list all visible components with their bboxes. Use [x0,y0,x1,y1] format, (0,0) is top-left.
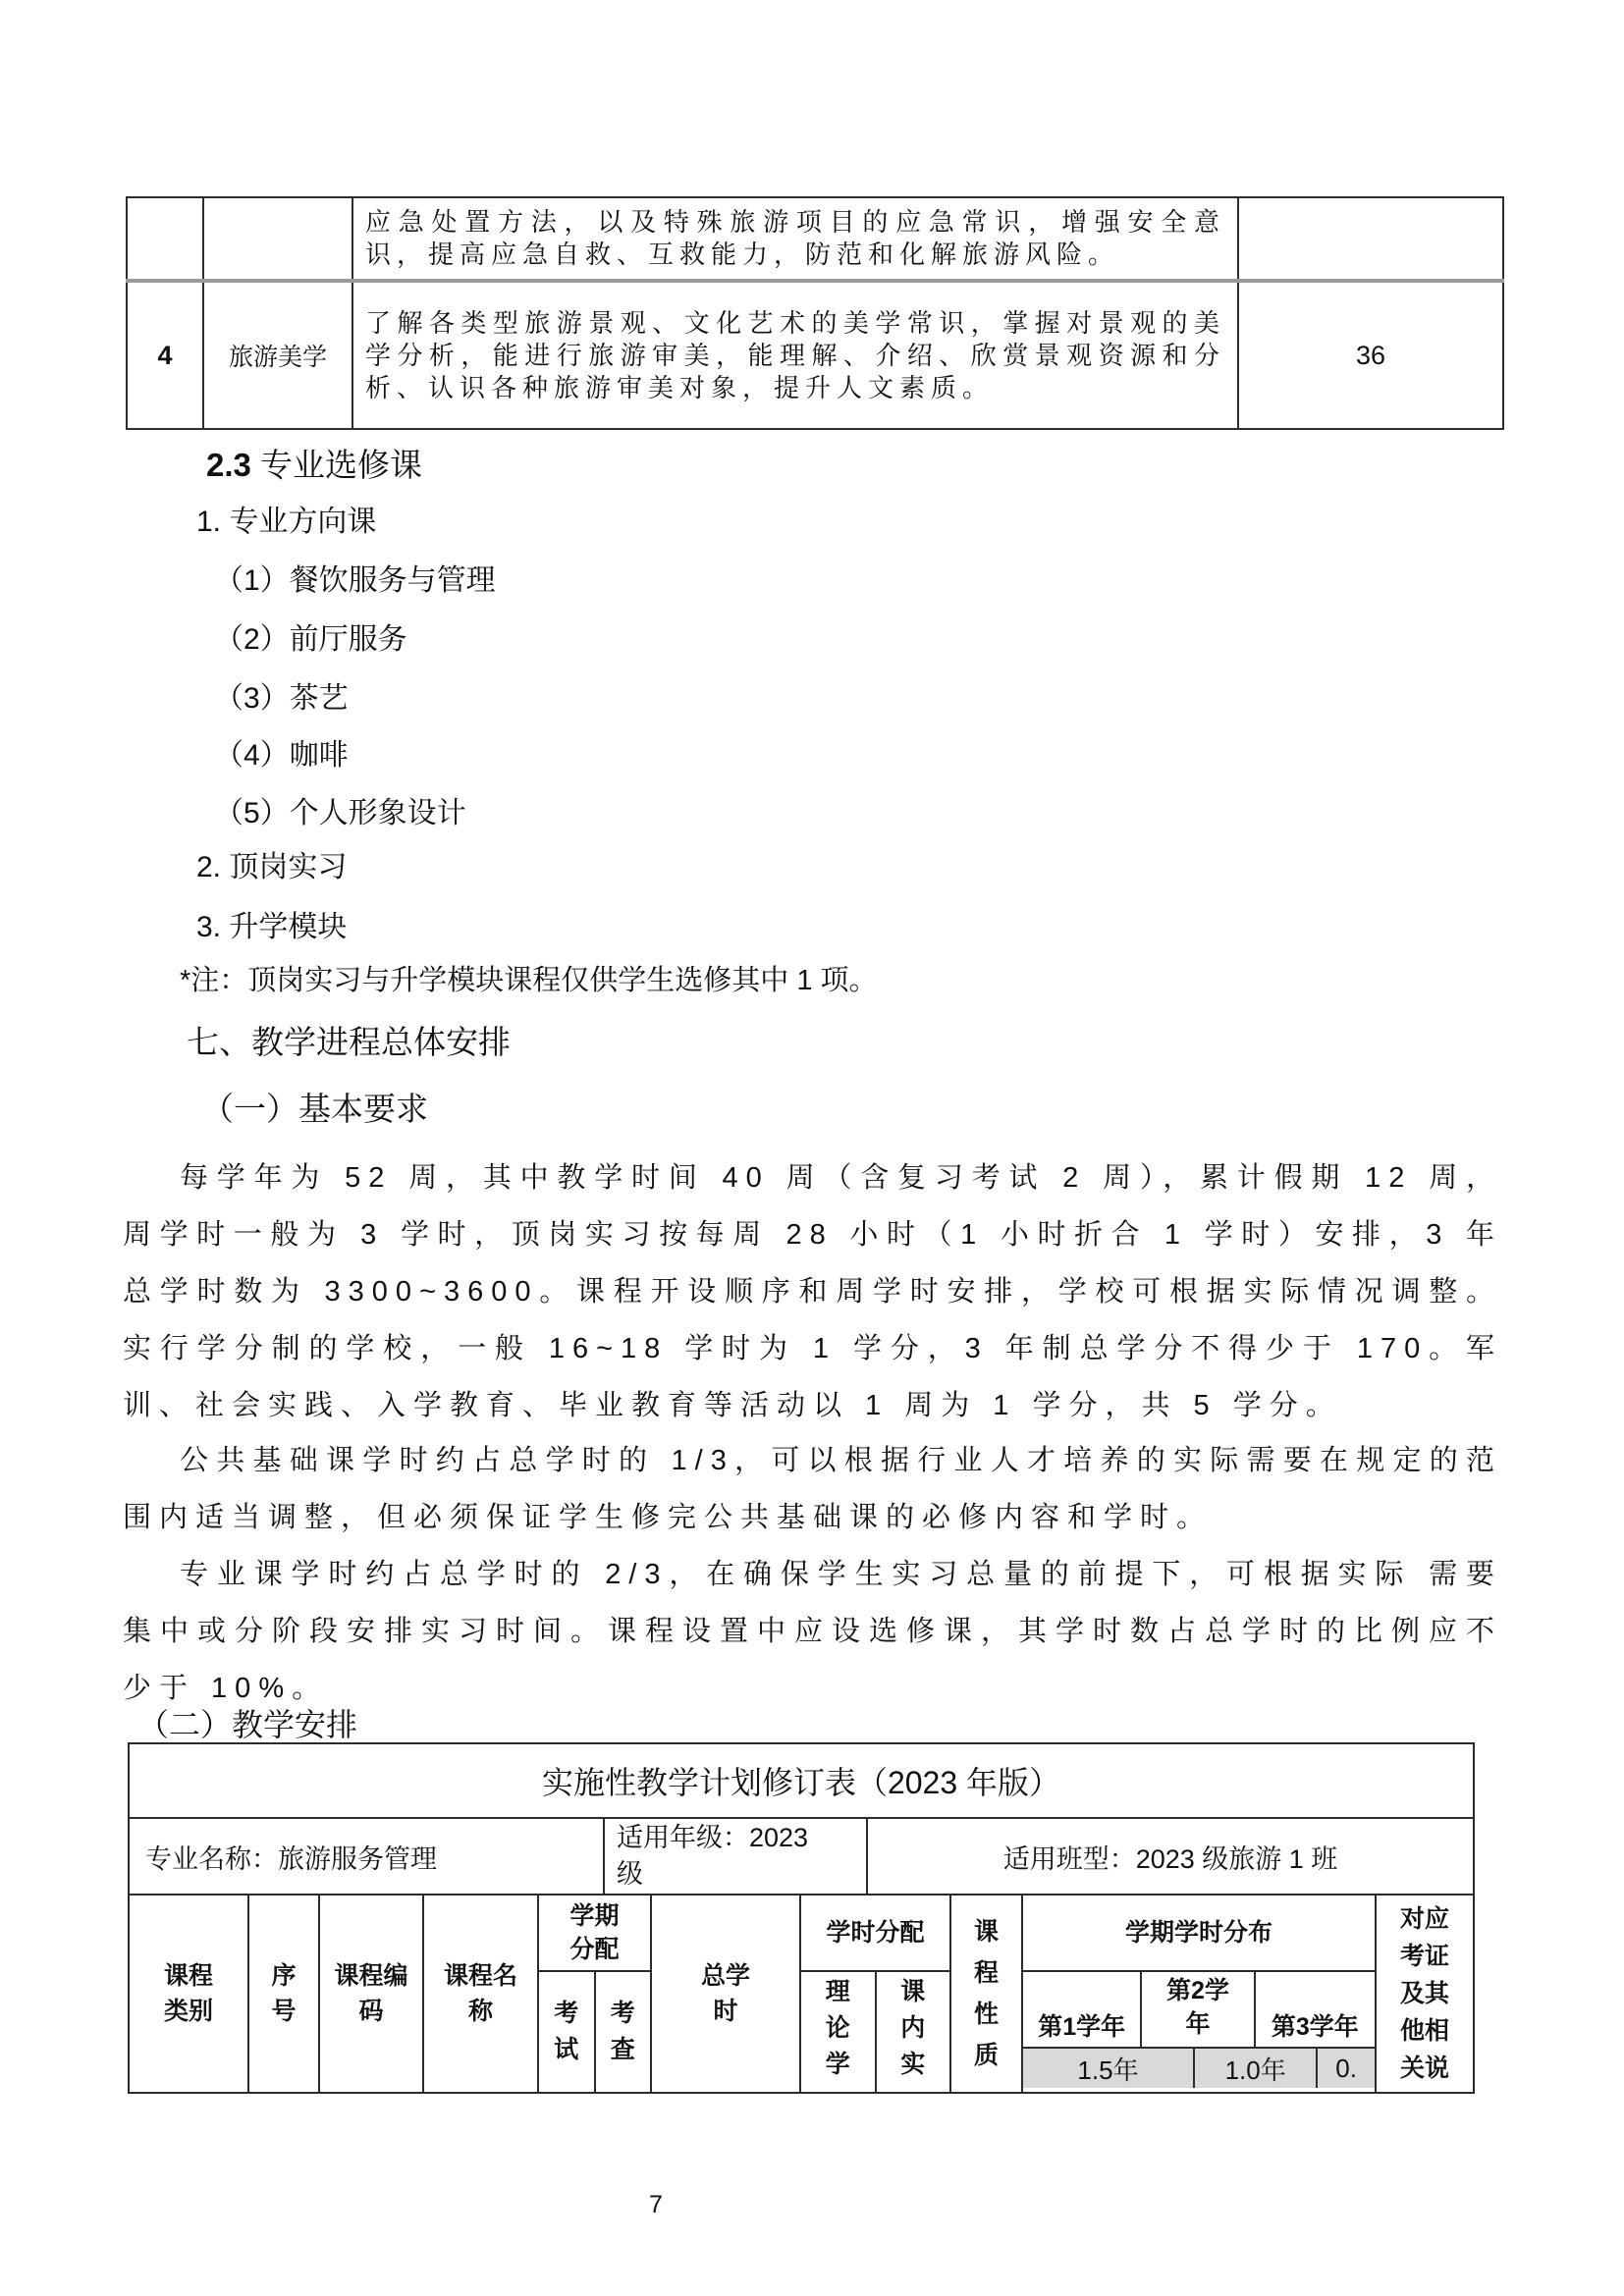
list-item-front-office: （2）前厅服务 [214,614,407,658]
header-semester-alloc-group: 学期 分配 考 试 考 查 [537,1896,650,2092]
list-item-further-study: 3. 升学模块 [196,902,347,945]
list-item-direction-courses: 1. 专业方向课 [196,497,376,540]
header-course-category: 课程 类别 [130,1896,247,2092]
table-row-4: 4 旅游美学 了解各类型旅游景观、文化艺术的美学常识，掌握对景观的美学分析，能进… [127,281,1503,429]
paragraph-school-year: 每学年为 52 周，其中教学时间 40 周（含复习考试 2 周），累计假期 12… [123,1149,1502,1434]
header-semester-alloc: 学期 分配 [539,1896,650,1972]
list-item-catering: （1）餐饮服务与管理 [214,556,496,599]
grade-text: 适用年级：2023 级 [617,1820,828,1893]
header-course-code: 课程编 码 [318,1896,422,2092]
course-name: 旅游美学 [203,281,352,429]
hours-cell-empty [1238,197,1503,281]
page-number: 7 [597,2191,715,2219]
index-cell-empty [127,197,203,281]
elective-course-table: 应急处置方法，以及特殊旅游项目的应急常识，增强安全意识，提高应急自救、互救能力，… [126,196,1504,430]
year-1-length: 1.5年 [1023,2049,1193,2088]
course-cell-empty [203,197,352,281]
list-item-tea-art: （3）茶艺 [214,673,349,717]
major-name-cell: 专业名称：旅游服务管理 [130,1819,603,1894]
paragraph-public-basic: 公共基础课学时约占总学时的 1/3，可以根据行业人才培养的实际需要在规定的范围内… [123,1432,1502,1546]
course-description-continued: 应急处置方法，以及特殊旅游项目的应急常识，增强安全意识，提高应急自救、互救能力，… [352,197,1238,281]
schedule-meta-row: 专业名称：旅游服务管理 适用年级：2023 级 适用班型：2023 级旅游 1 … [130,1819,1473,1896]
year-length-row: 1.5年 1.0年 0. [1023,2049,1375,2088]
course-description: 了解各类型旅游景观、文化艺术的美学常识，掌握对景观的美学分析，能进行旅游审美，能… [352,281,1238,429]
schedule-header-row: 课程 类别 序 号 课程编 码 课程名 称 学期 分配 考 试 考 查 总学 时… [130,1896,1473,2092]
list-item-personal-image: （5）个人形象设计 [214,788,466,831]
header-seq-number: 序 号 [247,1896,318,2092]
elective-note: *注：顶岗实习与升学模块课程仅供学生选修其中 1 项。 [180,958,878,998]
section-2-3-number: 2.3 [206,447,251,483]
header-total-hours: 总学 时 [650,1896,799,2092]
list-item-internship: 2. 顶岗实习 [196,842,347,885]
year-3-length: 0. [1316,2049,1375,2088]
header-semester-dist: 学期学时分布 [1023,1896,1375,1972]
header-hours-alloc-group: 学时分配 理 论 学 课 内 实 [799,1896,949,2092]
schedule-table-title: 实施性教学计划修订表（2023 年版） [130,1744,1473,1819]
header-practice-hours: 课 内 实 [875,1972,950,2092]
teaching-schedule-table: 实施性教学计划修订表（2023 年版） 专业名称：旅游服务管理 适用年级：202… [128,1742,1475,2094]
section-2-3-title: 专业选修课 [251,447,422,483]
header-year-2: 第2学 年 [1140,1972,1253,2047]
header-year-3: 第3学年 [1254,1972,1375,2047]
header-hours-alloc: 学时分配 [801,1896,949,1972]
section-2-3-heading: 2.3 专业选修课 [206,440,422,486]
class-type-cell: 适用班型：2023 级旅游 1 班 [866,1819,1473,1894]
header-theory-hours: 理 论 学 [801,1972,875,2092]
section-7-heading: 七、教学进程总体安排 [187,1017,511,1063]
header-year-1: 第1学年 [1023,1972,1140,2047]
paragraph-major-hours: 专业课学时约占总学时的 2/3，在确保学生实习总量的前提下，可根据实际 需要集中… [123,1546,1502,1717]
list-item-coffee: （4）咖啡 [214,730,349,774]
grade-cell: 适用年级：2023 级 [603,1819,866,1894]
header-course-name: 课程名 称 [422,1896,537,2092]
school-year-row: 第1学年 第2学 年 第3学年 [1023,1972,1375,2049]
course-index: 4 [127,281,203,429]
header-exam: 考 试 [539,1972,594,2092]
header-assess: 考 查 [594,1972,651,2092]
header-semester-dist-group: 学期学时分布 第1学年 第2学 年 第3学年 1.5年 1.0年 0. [1021,1896,1375,2092]
year-2-length: 1.0年 [1193,2049,1316,2088]
basic-requirements-heading: （一）基本要求 [201,1084,428,1130]
header-certification: 对应 考证 及其 他相 关说 [1375,1896,1473,2092]
course-hours: 36 [1238,281,1503,429]
teaching-arrangement-heading: （二）教学安排 [137,1700,357,1745]
document-page: 应急处置方法，以及特殊旅游项目的应急常识，增强安全意识，提高应急自救、互救能力，… [0,0,1624,2296]
table-row-carryover: 应急处置方法，以及特殊旅游项目的应急常识，增强安全意识，提高应急自救、互救能力，… [127,197,1503,281]
header-course-nature: 课 程 性 质 [949,1896,1021,2092]
